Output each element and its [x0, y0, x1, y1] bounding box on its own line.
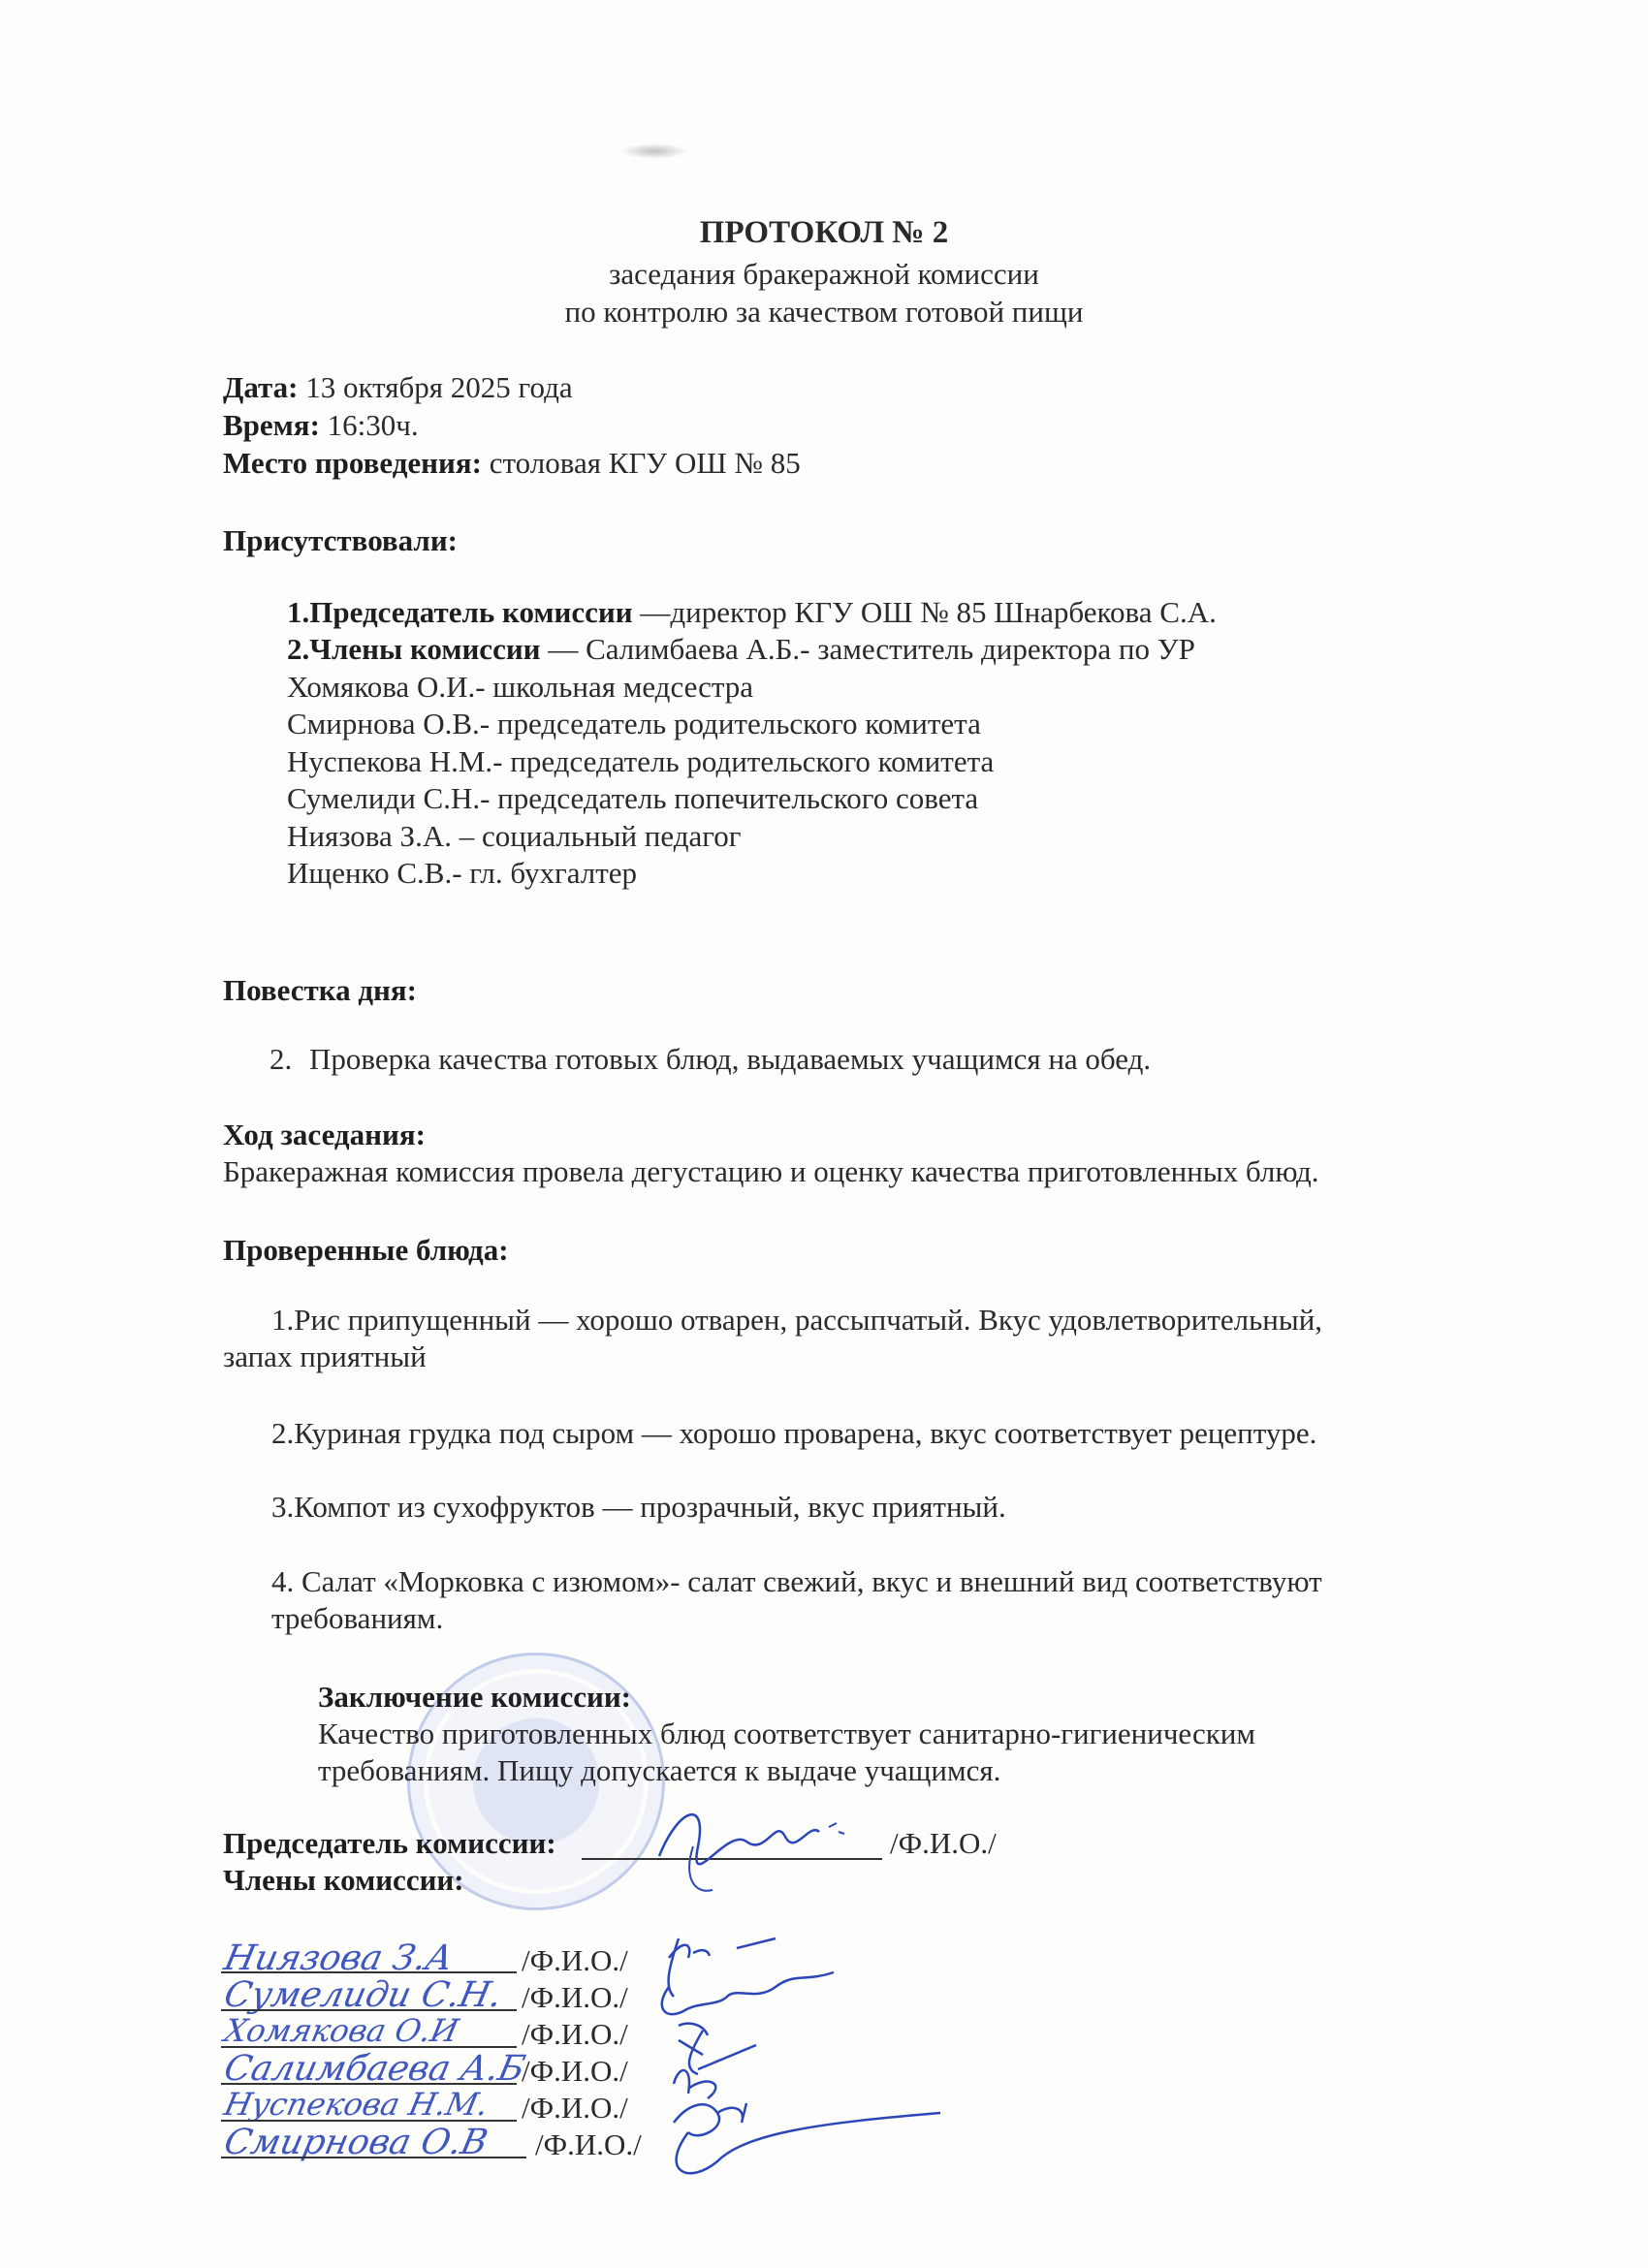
dish-item-4-cont: требованиям. — [271, 1601, 443, 1636]
member-item: Ниязова З.А. – социальный педагог — [287, 819, 741, 854]
place-row: Место проведения: столовая КГУ ОШ № 85 — [223, 446, 801, 481]
member-fio: /Ф.И.О./ — [522, 1943, 628, 1978]
members-value: — Салимбаева А.Б.- заместитель директора… — [541, 632, 1195, 666]
members-label: 2.Члены комиссии — [287, 632, 541, 666]
member-signature-line — [221, 2083, 517, 2085]
time-label: Время: — [223, 408, 320, 442]
chair-row: 1.Председатель комиссии —директор КГУ ОШ… — [287, 595, 1217, 630]
document-title: ПРОТОКОЛ № 2 — [0, 215, 1648, 250]
members-signature-label: Члены комиссии: — [223, 1863, 464, 1898]
member-fio: /Ф.И.О./ — [535, 2127, 642, 2162]
member-signature-line — [221, 2120, 517, 2122]
member-item: Ищенко С.В.- гл. бухгалтер — [287, 856, 637, 891]
agenda-heading: Повестка дня: — [223, 973, 417, 1008]
member-fio: /Ф.И.О./ — [522, 2091, 628, 2126]
member-signatures-scribble-icon — [650, 1929, 960, 2190]
place-value: столовая КГУ ОШ № 85 — [482, 446, 801, 480]
chair-signature-label: Председатель комиссии: — [223, 1826, 556, 1861]
member-signature-line — [221, 2046, 517, 2048]
member-signature-line — [221, 1971, 517, 1973]
member-item: Сумелиди С.Н.- председатель попечительск… — [287, 781, 978, 816]
dishes-heading: Проверенные блюда: — [223, 1233, 509, 1268]
conclusion-text-2: требованиям. Пищу допускается к выдаче у… — [318, 1753, 1000, 1788]
member-item: Хомякова О.И.- школьная медсестра — [287, 670, 753, 705]
conclusion-heading: Заключение комиссии: — [318, 1680, 631, 1715]
handwritten-name: Хомякова О.И — [221, 2012, 461, 2049]
time-value: 16:30ч. — [320, 408, 419, 442]
document-subtitle-1: заседания бракеражной комиссии — [0, 257, 1648, 292]
date-label: Дата: — [223, 370, 298, 404]
proceedings-text: Бракеражная комиссия провела дегустацию … — [223, 1154, 1319, 1189]
member-signature-line — [221, 2009, 517, 2011]
member-fio: /Ф.И.О./ — [522, 2017, 628, 2052]
time-row: Время: 16:30ч. — [223, 408, 419, 443]
dish-item-4: 4. Салат «Морковка с изюмом»- салат свеж… — [271, 1564, 1322, 1599]
place-label: Место проведения: — [223, 446, 482, 480]
dish-item-1-cont: запах приятный — [223, 1339, 427, 1374]
dish-item-1: 1.Рис припущенный — хорошо отварен, расс… — [271, 1303, 1322, 1338]
agenda-item: 2. Проверка качества готовых блюд, выдав… — [269, 1042, 1151, 1077]
member-fio: /Ф.И.О./ — [522, 1980, 628, 2015]
proceedings-heading: Ход заседания: — [223, 1118, 426, 1152]
members-row: 2.Члены комиссии — Салимбаева А.Б.- заме… — [287, 632, 1195, 667]
scan-smudge — [620, 143, 688, 159]
date-value: 13 октября 2025 года — [298, 370, 572, 404]
handwritten-name: Нуспекова Н.М. — [221, 2086, 491, 2123]
chair-signature-icon — [640, 1788, 853, 1905]
member-item: Нуспекова Н.М.- председатель родительско… — [287, 744, 994, 779]
conclusion-text-1: Качество приготовленных блюд соответству… — [318, 1717, 1255, 1751]
chair-fio: /Ф.И.О./ — [890, 1826, 997, 1861]
agenda-item-number: 2. — [269, 1042, 292, 1076]
dish-item-3: 3.Компот из сухофруктов — прозрачный, вк… — [271, 1490, 1006, 1525]
member-signature-line — [221, 2157, 526, 2158]
dish-item-2: 2.Куриная грудка под сыром — хорошо пров… — [271, 1416, 1316, 1451]
attendees-heading: Присутствовали: — [223, 523, 458, 558]
document-subtitle-2: по контролю за качеством готовой пищи — [0, 295, 1648, 330]
agenda-item-text: Проверка качества готовых блюд, выдаваем… — [309, 1042, 1151, 1076]
date-row: Дата: 13 октября 2025 года — [223, 370, 573, 405]
chair-value: —директор КГУ ОШ № 85 Шнарбекова С.А. — [633, 595, 1217, 629]
member-fio: /Ф.И.О./ — [522, 2054, 628, 2089]
member-item: Смирнова О.В.- председатель родительског… — [287, 707, 981, 741]
chair-label: 1.Председатель комиссии — [287, 595, 633, 629]
